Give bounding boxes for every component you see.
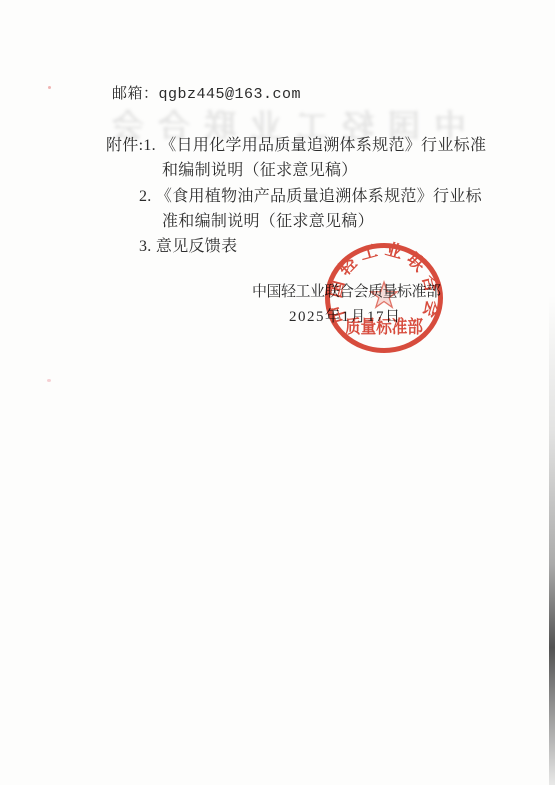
scan-edge-shadow	[549, 295, 555, 785]
attachment-line-2-cont: 准和编制说明（征求意见稿）	[162, 212, 374, 231]
email-line: 邮箱：qgbz445@163.com	[112, 85, 301, 104]
scanned-document-page: 中国轻工业联合会 邮箱：qgbz445@163.com 附件:1. 《日用化学用…	[0, 0, 555, 785]
seal-star-icon	[371, 282, 398, 307]
scan-speckle	[47, 379, 51, 382]
scan-speckle	[48, 86, 51, 89]
seal-bottom-text: 质量标准部	[345, 316, 423, 337]
bleed-through-text: 中国轻工业联合会	[58, 101, 466, 139]
attachment-line-1: 附件:1. 《日用化学用品质量追溯体系规范》行业标准	[106, 136, 486, 155]
attachment-line-3: 3. 意见反馈表	[139, 237, 237, 256]
attachment-line-1-cont: 和编制说明（征求意见稿）	[162, 161, 358, 180]
official-seal-graphic: 中国轻工业联合会 质量标准部	[310, 230, 460, 370]
attachment-line-2: 2. 《食用植物油产品质量追溯体系规范》行业标	[139, 187, 482, 206]
official-seal: 中国轻工业联合会 质量标准部	[310, 230, 460, 370]
